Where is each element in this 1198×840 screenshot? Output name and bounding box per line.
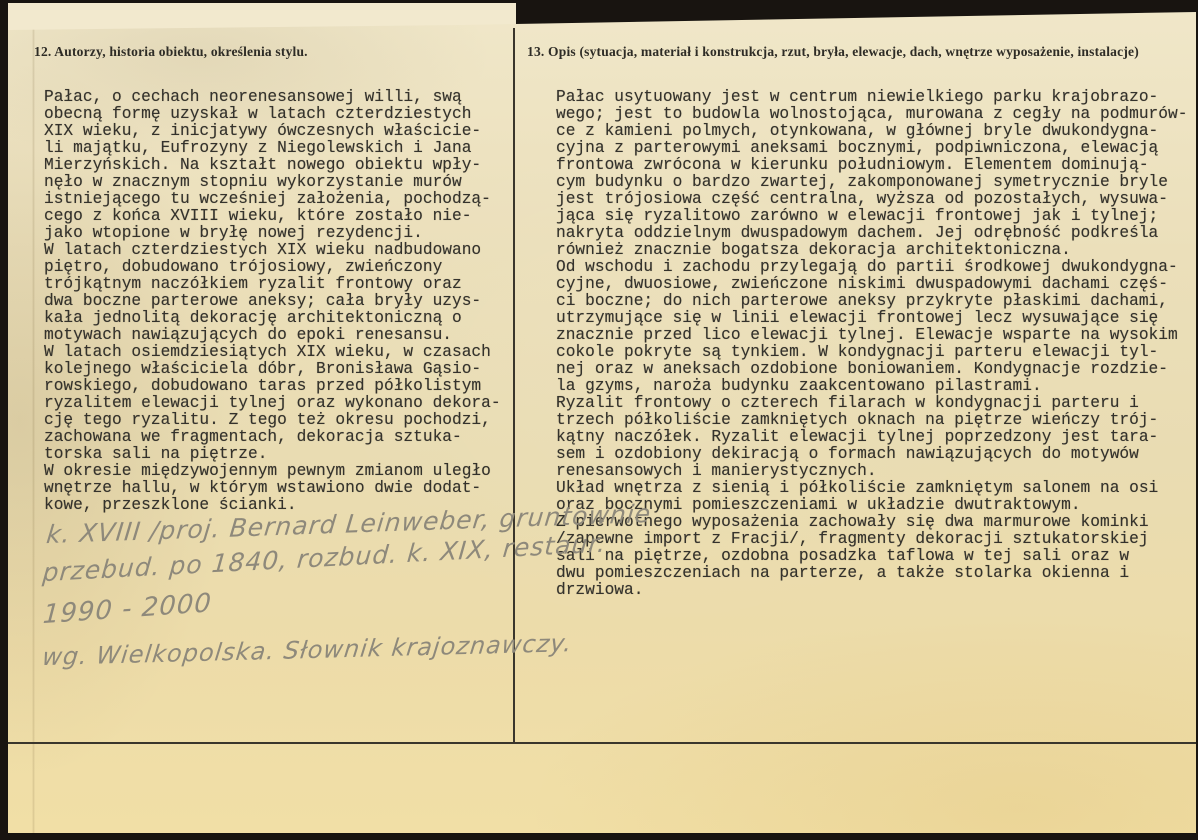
section-13-typewritten-text: Pałac usytuowany jest w centrum niewielk…	[556, 89, 1198, 599]
scanned-document: 12. Autorzy, historia obiektu, określeni…	[0, 0, 1198, 840]
section-12-typewritten-text: Pałac, o cechach neorenesansowej willi, …	[44, 89, 544, 514]
section-13-header: 13. Opis (sytuacja, materiał i konstrukc…	[527, 44, 1139, 60]
section-12-header: 12. Autorzy, historia obiektu, określeni…	[34, 44, 308, 60]
bottom-rule-line	[8, 742, 1196, 744]
paper-crease	[32, 6, 35, 833]
